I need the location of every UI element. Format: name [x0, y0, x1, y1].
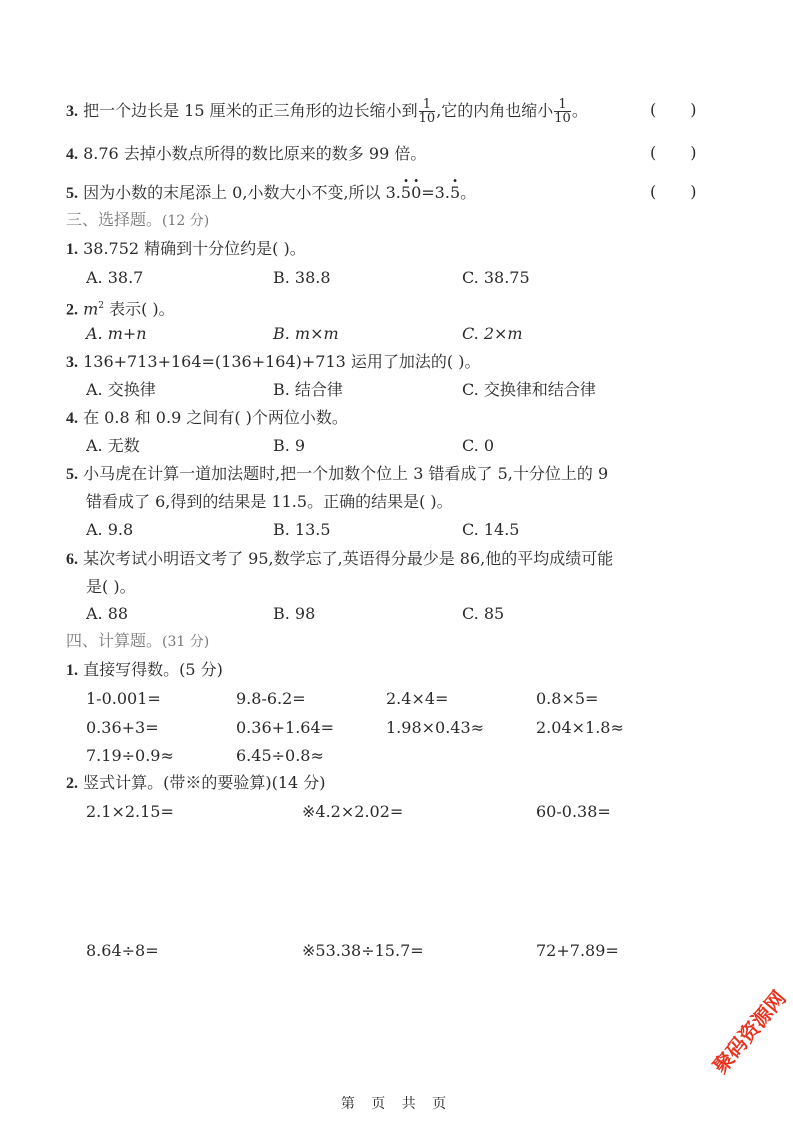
item-number: 5.: [66, 185, 78, 202]
option-c[interactable]: C. 2×m: [462, 323, 523, 345]
option-c[interactable]: C. 14.5: [462, 519, 519, 541]
item-text: 。: [460, 183, 476, 202]
mental-calc: 7.19÷0.9≈: [86, 745, 174, 767]
item-text: 把一个边长是 15 厘米的正三角形的边长缩小到: [83, 101, 418, 120]
item-text: 直接写得数。(5 分): [83, 660, 223, 679]
numerator: 1: [419, 98, 436, 112]
item-text: 38.752 精确到十分位约是( )。: [83, 239, 306, 258]
mental-calc: 0.8×5=: [536, 688, 598, 710]
fraction: 110: [554, 98, 571, 125]
mental-calc: 0.36+3=: [86, 717, 159, 739]
item-text: 8.76 去掉小数点所得的数比原来的数多 99 倍。: [83, 144, 426, 163]
item-number: 4.: [66, 410, 78, 427]
option-c[interactable]: C. 85: [462, 603, 504, 625]
item-text: 表示( )。: [104, 299, 175, 318]
vertical-calc: 60-0.38=: [536, 801, 611, 823]
option-b[interactable]: B. 98: [273, 603, 315, 625]
section-heading-calc: 四、计算题。(31 分): [66, 630, 209, 653]
section-title: 三、选择题。: [66, 210, 162, 229]
item-text-continued: 错看成了 6,得到的结果是 11.5。正确的结果是( )。: [86, 491, 453, 513]
repeating-digit: 5: [450, 182, 460, 204]
calc-item-2: 2. 竖式计算。(带※的要验算)(14 分): [66, 772, 326, 795]
vertical-calc: ※4.2×2.02=: [302, 801, 403, 823]
section-points: (12 分): [162, 213, 209, 229]
choice-item-6: 6. 某次考试小明语文考了 95,数学忘了,英语得分最少是 86,他的平均成绩可…: [66, 548, 613, 571]
repeating-digit: 5: [401, 182, 411, 204]
choice-item-1: 1. 38.752 精确到十分位约是( )。: [66, 238, 306, 261]
mental-calc: 0.36+1.64=: [236, 717, 334, 739]
item-number: 2.: [66, 775, 78, 792]
answer-paren[interactable]: (): [650, 182, 697, 201]
item-number: 5.: [66, 466, 78, 483]
variable: m: [83, 299, 98, 318]
item-number: 6.: [66, 551, 78, 568]
mental-calc: 1-0.001=: [86, 688, 161, 710]
item-text: 某次考试小明语文考了 95,数学忘了,英语得分最少是 86,他的平均成绩可能: [83, 549, 613, 568]
answer-paren[interactable]: (): [650, 143, 697, 162]
vertical-calc: 8.64÷8=: [86, 940, 159, 962]
item-number: 3.: [66, 354, 78, 371]
item-text: 竖式计算。(带※的要验算)(14 分): [83, 773, 325, 792]
choice-item-3: 3. 136+713+164=(136+164)+713 运用了加法的( )。: [66, 351, 481, 374]
judge-item-3: 3. 把一个边长是 15 厘米的正三角形的边长缩小到110,它的内角也缩小110…: [66, 98, 588, 125]
option-a[interactable]: A. 交换律: [86, 379, 156, 401]
item-text: =3.: [421, 183, 450, 202]
item-text-continued: 是( )。: [86, 576, 136, 598]
item-number: 4.: [66, 146, 78, 163]
watermark: 聚码资源网: [705, 983, 791, 1078]
denominator: 10: [419, 112, 436, 125]
option-b[interactable]: B. 9: [273, 435, 305, 457]
answer-paren[interactable]: (): [650, 100, 697, 119]
item-text: 136+713+164=(136+164)+713 运用了加法的( )。: [83, 352, 480, 371]
denominator: 10: [554, 112, 571, 125]
option-a[interactable]: A. m+n: [86, 323, 147, 345]
choice-item-5: 5. 小马虎在计算一道加法题时,把一个加数个位上 3 错看成了 5,十分位上的 …: [66, 463, 608, 486]
option-c[interactable]: C. 38.75: [462, 267, 530, 289]
mental-calc: 9.8-6.2=: [236, 688, 306, 710]
option-b[interactable]: B. m×m: [273, 323, 339, 345]
item-text: ,它的内角也缩小: [436, 101, 553, 120]
vertical-calc: 72+7.89=: [536, 940, 619, 962]
option-a[interactable]: A. 88: [86, 603, 128, 625]
item-number: 2.: [66, 301, 78, 318]
item-text: 在 0.8 和 0.9 之间有( )个两位小数。: [83, 408, 348, 427]
numerator: 1: [554, 98, 571, 112]
judge-item-5: 5. 因为小数的末尾添上 0,小数大小不变,所以 3.50=3.5。: [66, 182, 476, 205]
item-text: 小马虎在计算一道加法题时,把一个加数个位上 3 错看成了 5,十分位上的 9: [83, 464, 608, 483]
mental-calc: 2.4×4=: [386, 688, 448, 710]
item-text: 因为小数的末尾添上 0,小数大小不变,所以 3.: [83, 183, 401, 202]
choice-item-2: 2. m2 表示( )。: [66, 295, 175, 321]
option-a[interactable]: A. 38.7: [86, 267, 143, 289]
option-a[interactable]: A. 无数: [86, 435, 140, 457]
judge-item-4: 4. 8.76 去掉小数点所得的数比原来的数多 99 倍。: [66, 143, 426, 166]
fraction: 110: [419, 98, 436, 125]
mental-calc: 6.45÷0.8≈: [236, 745, 324, 767]
item-text: 。: [572, 101, 588, 120]
section-title: 四、计算题。: [66, 631, 162, 650]
vertical-calc: ※53.38÷15.7=: [302, 940, 424, 962]
mental-calc: 1.98×0.43≈: [386, 717, 484, 739]
item-number: 3.: [66, 103, 78, 120]
option-b[interactable]: B. 38.8: [273, 267, 331, 289]
calc-item-1: 1. 直接写得数。(5 分): [66, 659, 223, 682]
vertical-calc: 2.1×2.15=: [86, 801, 174, 823]
section-points: (31 分): [162, 634, 209, 650]
page-footer: 第 页 共 页: [0, 1093, 793, 1113]
option-c[interactable]: C. 0: [462, 435, 494, 457]
option-c[interactable]: C. 交换律和结合律: [462, 379, 596, 401]
option-b[interactable]: B. 13.5: [273, 519, 331, 541]
section-heading-choice: 三、选择题。(12 分): [66, 209, 209, 232]
option-b[interactable]: B. 结合律: [273, 379, 343, 401]
mental-calc: 2.04×1.8≈: [536, 717, 624, 739]
item-number: 1.: [66, 241, 78, 258]
item-number: 1.: [66, 662, 78, 679]
option-a[interactable]: A. 9.8: [86, 519, 133, 541]
choice-item-4: 4. 在 0.8 和 0.9 之间有( )个两位小数。: [66, 407, 348, 430]
repeating-digit: 0: [411, 182, 421, 204]
